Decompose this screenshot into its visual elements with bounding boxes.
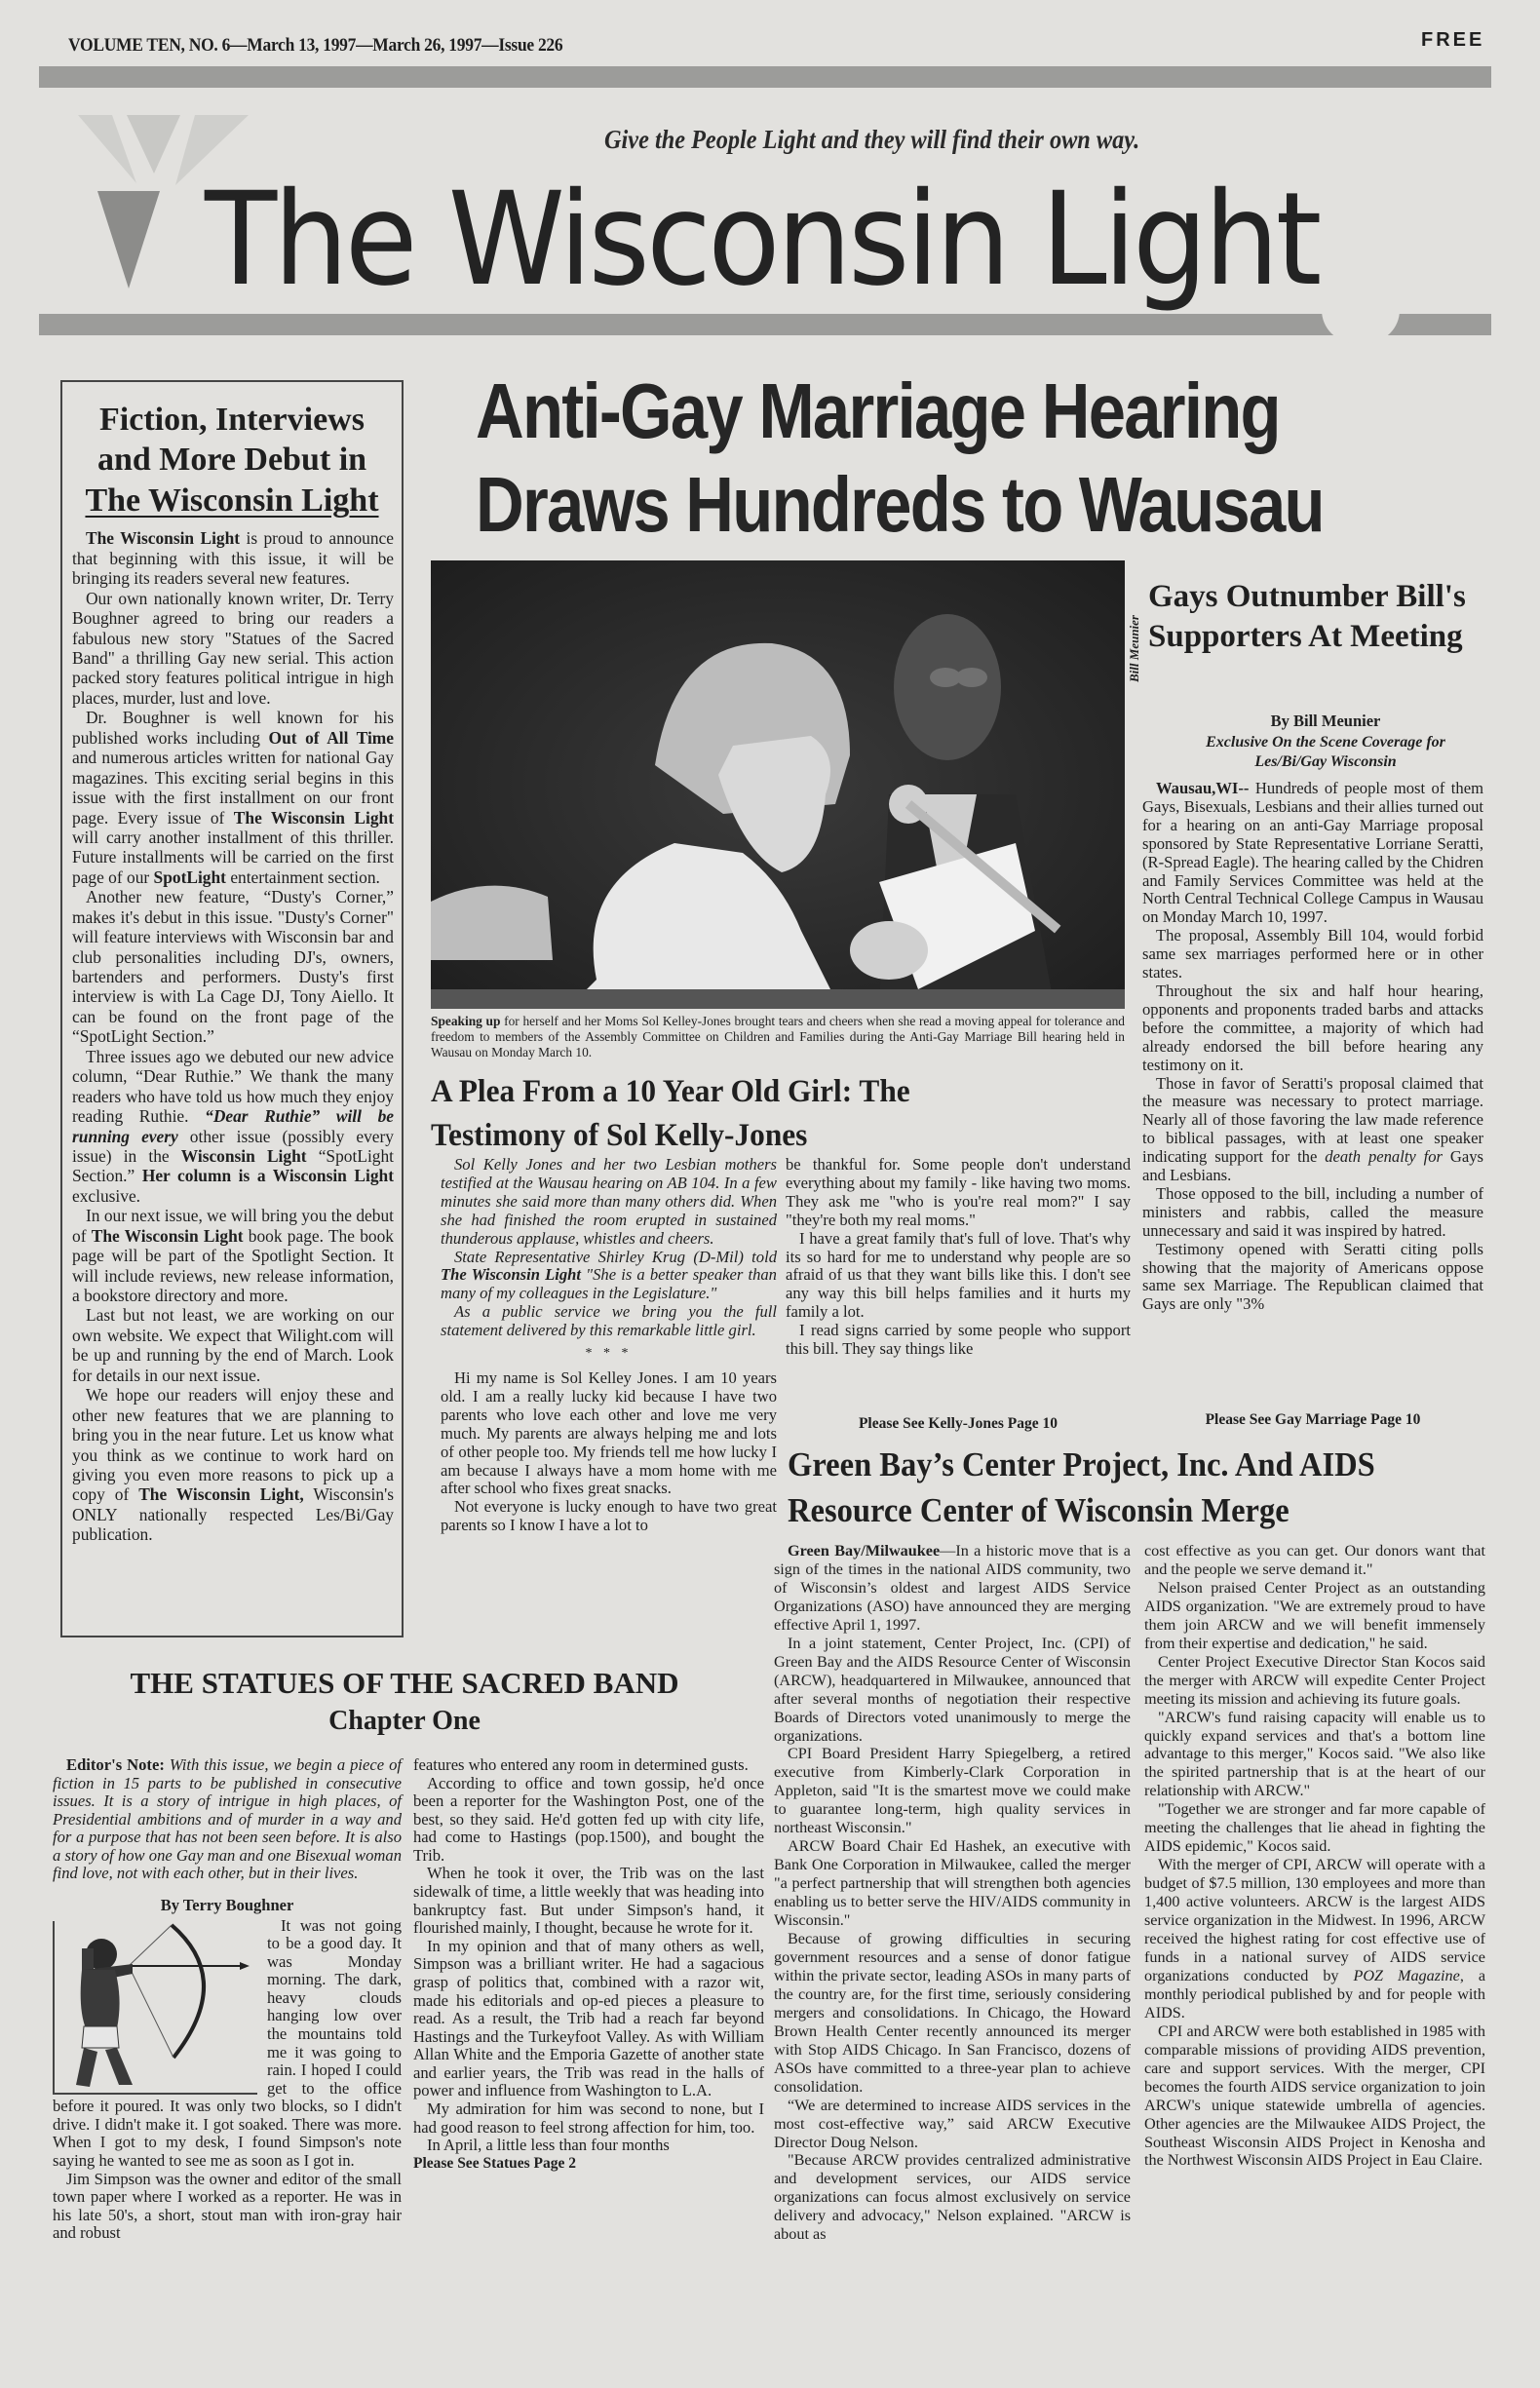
article-paragraph: “We are determined to increase AIDS serv… (774, 2097, 1131, 2152)
article-paragraph: "Together we are stronger and far more c… (1144, 1800, 1485, 1856)
article-paragraph: Nelson praised Center Project as an outs… (1144, 1579, 1485, 1653)
article-paragraph: When he took it over, the Trib was on th… (413, 1865, 764, 1937)
article-paragraph: CPI Board President Harry Spiegelberg, a… (774, 1745, 1131, 1837)
plea-column-2: be thankful for. Some people don't under… (786, 1156, 1131, 1359)
announcement-paragraph: Three issues ago we debuted our new advi… (72, 1047, 394, 1207)
announcement-paragraph: The Wisconsin Light is proud to announce… (72, 528, 394, 588)
fiction-byline: By Terry Boughner (53, 1897, 402, 1914)
article-paragraph: I read signs carried by some people who … (786, 1322, 1131, 1359)
announcement-paragraph: Our own nationally known writer, Dr. Ter… (72, 589, 394, 709)
editors-note: Editor's Note: With this issue, we begin… (53, 1756, 402, 1883)
photo-caption: Speaking up for herself and her Moms Sol… (431, 1014, 1125, 1060)
article-paragraph: With the merger of CPI, ARCW will operat… (1144, 1856, 1485, 2022)
plea-column-1: Sol Kelly Jones and her two Lesbian moth… (441, 1156, 777, 1535)
article-paragraph: Those in favor of Seratti's proposal cla… (1142, 1075, 1483, 1185)
announcement-paragraph: Last but not least, we are working on ou… (72, 1305, 394, 1385)
article-paragraph: According to office and town gossip, he'… (413, 1775, 764, 1866)
fiction-column-2: features who entered any room in determi… (413, 1756, 764, 2172)
fiction-chapter: Chapter One (58, 1706, 751, 1737)
archer-with-bow-icon (55, 1921, 255, 2091)
gay-marriage-jump-link[interactable]: Please See Gay Marriage Page 10 (1142, 1411, 1483, 1429)
article-paragraph: Hi my name is Sol Kelley Jones. I am 10 … (441, 1369, 777, 1498)
article-paragraph: CPI and ARCW were both established in 19… (1144, 2022, 1485, 2171)
logo-triangle-icon (97, 191, 160, 289)
masthead-notch (1322, 310, 1400, 343)
newspaper-title: The Wisconsin Light (205, 175, 1319, 304)
article-paragraph: Those opposed to the bill, including a n… (1142, 1185, 1483, 1241)
section-separator: * * * (441, 1346, 777, 1362)
article-paragraph: features who entered any room in determi… (413, 1756, 764, 1775)
article-paragraph: In April, a little less than four months (413, 2137, 764, 2155)
article-paragraph: In my opinion and that of many others as… (413, 1938, 764, 2100)
archer-illustration (53, 1921, 257, 2095)
announcement-body: The Wisconsin Light is proud to announce… (62, 520, 402, 1544)
article-paragraph: Jim Simpson was the owner and editor of … (53, 2171, 402, 2243)
fiction-headline: THE STATUES OF THE SACRED BAND (58, 1665, 751, 1701)
article-paragraph: Center Project Executive Director Stan K… (1144, 1653, 1485, 1709)
price-label: FREE (1421, 29, 1484, 52)
fiction-column-1: Editor's Note: With this issue, we begin… (53, 1756, 402, 2243)
plea-intro: As a public service we bring you the ful… (441, 1303, 777, 1340)
article-paragraph: cost effective as you can get. Our donor… (1144, 1542, 1485, 1579)
masthead-tagline: Give the People Light and they will find… (604, 125, 1139, 155)
issue-info: VOLUME TEN, NO. 6—March 13, 1997—March 2… (68, 35, 562, 57)
announcement-paragraph: Dr. Boughner is well known for his publi… (72, 708, 394, 887)
article-paragraph: be thankful for. Some people don't under… (786, 1156, 1131, 1230)
article-paragraph: "ARCW's fund raising capacity will enabl… (1144, 1709, 1485, 1801)
article-paragraph: In a joint statement, Center Project, In… (774, 1635, 1131, 1746)
merger-column-2: cost effective as you can get. Our donor… (1144, 1542, 1485, 2170)
article-paragraph: "Because ARCW provides centralized admin… (774, 2151, 1131, 2244)
article-paragraph: Testimony opened with Seratti citing pol… (1142, 1241, 1483, 1315)
girl-reading-at-microphone-image (431, 560, 1125, 1009)
kelly-jones-jump-link[interactable]: Please See Kelly-Jones Page 10 (786, 1415, 1131, 1433)
merger-headline: Green Bay’s Center Project, Inc. And AID… (788, 1443, 1477, 1534)
article-paragraph: ARCW Board Chair Ed Hashek, an executive… (774, 1837, 1131, 1930)
plea-headline: A Plea From a 10 Year Old Girl: The Test… (431, 1070, 1097, 1158)
article-paragraph: My admiration for him was second to none… (413, 2100, 764, 2137)
article-paragraph: Throughout the six and half hour hearing… (1142, 982, 1483, 1075)
photo-credit: Bill Meunier (1127, 575, 1144, 682)
article-paragraph: I have a great family that's full of lov… (786, 1230, 1131, 1323)
merger-column-1: Green Bay/Milwaukee—In a historic move t… (774, 1542, 1131, 2244)
article-paragraph: The proposal, Assembly Bill 104, would f… (1142, 927, 1483, 982)
masthead-bottom-rule (39, 314, 1491, 335)
article-paragraph: Not everyone is lucky enough to have two… (441, 1498, 777, 1535)
article-paragraph: Green Bay/Milwaukee—In a historic move t… (774, 1542, 1131, 1635)
announcement-paragraph: In our next issue, we will bring you the… (72, 1206, 394, 1305)
announcement-box: Fiction, Interviews and More Debut in Th… (60, 380, 404, 1637)
article-paragraph: Because of growing difficulties in secur… (774, 1930, 1131, 2097)
statues-jump-link[interactable]: Please See Statues Page 2 (413, 2155, 764, 2172)
side-story-byline: By Bill Meunier (1140, 712, 1511, 731)
masthead-top-rule (39, 66, 1491, 88)
lead-photo (431, 560, 1125, 1009)
side-story-headline: Gays Outnumber Bill's Supporters At Meet… (1148, 577, 1499, 657)
side-story-body: Wausau,WI-- Hundreds of people most of t… (1142, 780, 1483, 1314)
lead-headline: Anti-Gay Marriage Hearing Draws Hundreds… (476, 372, 1314, 559)
article-paragraph: Wausau,WI-- Hundreds of people most of t… (1142, 780, 1483, 927)
announcement-paragraph: Another new feature, “Dusty's Corner,” m… (72, 887, 394, 1047)
announcement-paragraph: We hope our readers will enjoy these and… (72, 1385, 394, 1545)
announcement-headline: Fiction, Interviews and More Debut in Th… (62, 382, 402, 520)
side-story-subline: Exclusive On the Scene Coverage for Les/… (1140, 733, 1511, 772)
plea-intro: State Representative Shirley Krug (D-Mil… (441, 1249, 777, 1304)
plea-intro: Sol Kelly Jones and her two Lesbian moth… (441, 1156, 777, 1249)
